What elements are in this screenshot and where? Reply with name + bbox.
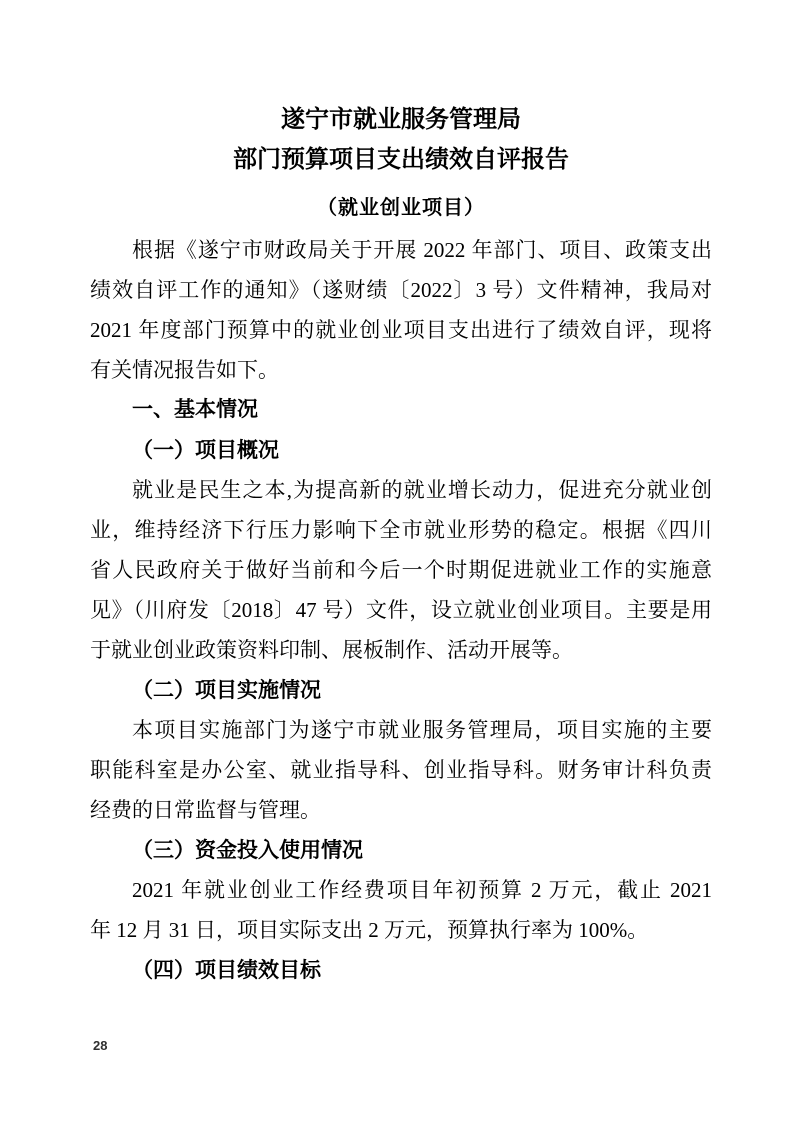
text-line: 有关情况报告如下。 [90,350,712,390]
text-line: 2021 年就业创业工作经费项目年初预算 2 万元，截止 2021 [90,870,712,910]
text-line: 业，维持经济下行压力影响下全市就业形势的稳定。根据《四川 [90,510,712,550]
text-line: 省人民政府关于做好当前和今后一个时期促进就业工作的实施意 [90,550,712,590]
document-page: 遂宁市就业服务管理局 部门预算项目支出绩效自评报告 （就业创业项目） 根据《遂宁… [0,0,793,1122]
text-line: 根据《遂宁市财政局关于开展 2022 年部门、项目、政策支出 [90,230,712,270]
text-line: 于就业创业政策资料印制、展板制作、活动开展等。 [90,630,712,670]
text-line: 绩效自评工作的通知》（遂财绩〔2022〕3 号）文件精神，我局对 [90,270,712,310]
report-title-line1: 遂宁市就业服务管理局 [90,100,712,140]
document-body: 根据《遂宁市财政局关于开展 2022 年部门、项目、政策支出 绩效自评工作的通知… [90,230,712,990]
document-content: 遂宁市就业服务管理局 部门预算项目支出绩效自评报告 （就业创业项目） 根据《遂宁… [90,0,712,990]
paragraph-funding: 2021 年就业创业工作经费项目年初预算 2 万元，截止 2021 年 12 月… [90,870,712,950]
report-subtitle: （就业创业项目） [90,188,712,228]
subsection-heading-project-overview: （一）项目概况 [90,430,712,470]
subsection-heading-funding: （三）资金投入使用情况 [90,830,712,870]
section-heading-basic-info: 一、基本情况 [90,390,712,430]
subsection-heading-implementation: （二）项目实施情况 [90,670,712,710]
text-line: 年 12 月 31 日，项目实际支出 2 万元，预算执行率为 100%。 [90,910,712,950]
page-number: 28 [93,1038,107,1053]
text-line: 本项目实施部门为遂宁市就业服务管理局，项目实施的主要 [90,710,712,750]
text-line: 2021 年度部门预算中的就业创业项目支出进行了绩效自评，现将 [90,310,712,350]
subsection-heading-performance-goals: （四）项目绩效目标 [90,950,712,990]
text-line: 职能科室是办公室、就业指导科、创业指导科。财务审计科负责 [90,750,712,790]
paragraph-intro: 根据《遂宁市财政局关于开展 2022 年部门、项目、政策支出 绩效自评工作的通知… [90,230,712,390]
text-line: 见》（川府发〔2018〕47 号）文件，设立就业创业项目。主要是用 [90,590,712,630]
report-title-line2: 部门预算项目支出绩效自评报告 [90,140,712,180]
paragraph-project-overview: 就业是民生之本,为提高新的就业增长动力，促进充分就业创 业，维持经济下行压力影响… [90,470,712,670]
paragraph-implementation: 本项目实施部门为遂宁市就业服务管理局，项目实施的主要 职能科室是办公室、就业指导… [90,710,712,830]
text-line: 就业是民生之本,为提高新的就业增长动力，促进充分就业创 [90,470,712,510]
text-line: 经费的日常监督与管理。 [90,790,712,830]
